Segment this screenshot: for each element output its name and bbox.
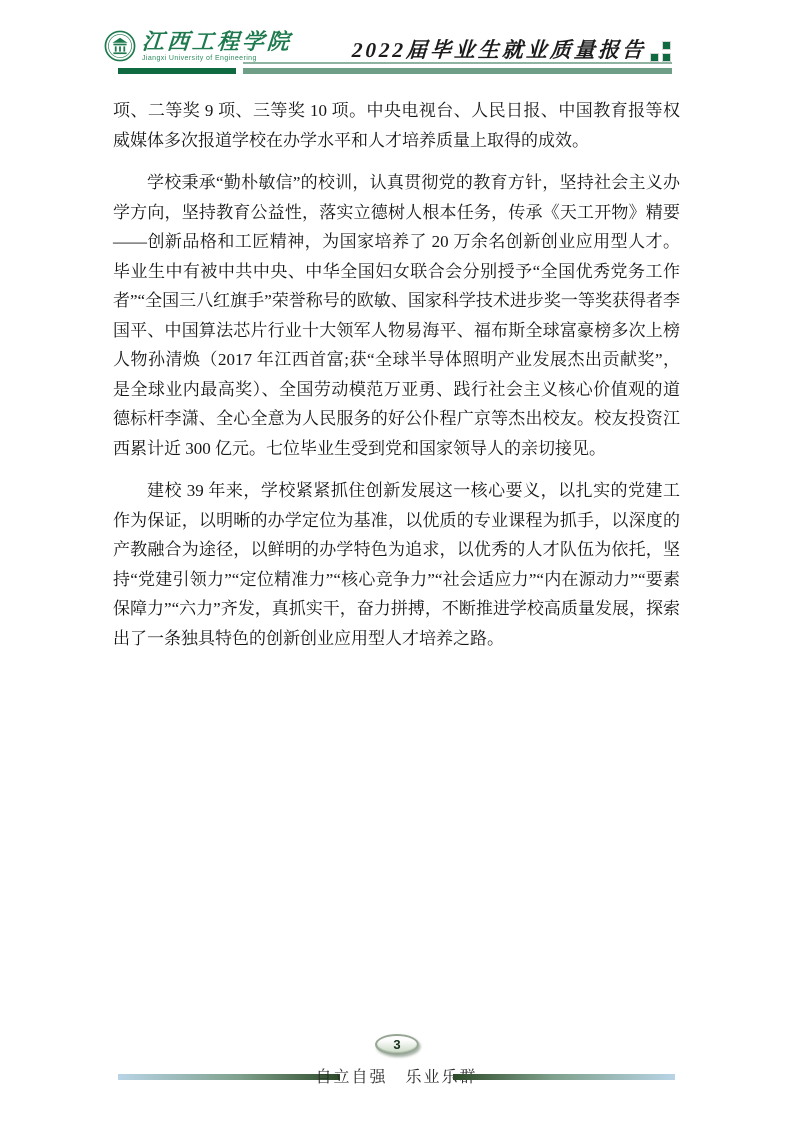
paragraph: 项、二等奖 9 项、三等奖 10 项。中央电视台、人民日报、中国教育报等权威媒体… (113, 96, 680, 155)
deco-square-icon (662, 53, 671, 62)
footer-rule-right (453, 1074, 675, 1080)
header-rule-dark-segment (118, 68, 236, 74)
university-logo: 江西工程学院 Jiangxi University of Engineering (104, 30, 292, 62)
page-number: 3 (393, 1038, 400, 1051)
paragraph: 建校 39 年来，学校紧紧抓住创新发展这一核心要义，以扎实的党建工作为保证，以明… (113, 476, 680, 653)
logo-text: 江西工程学院 Jiangxi University of Engineering (142, 30, 292, 62)
report-title: 2022届毕业生就业质量报告 (351, 34, 647, 64)
header-rule-sage-segment (243, 68, 672, 74)
paragraph: 学校秉承“勤朴敏信”的校训，认真贯彻党的教育方针，坚持社会主义办学方向，坚持教育… (113, 168, 680, 463)
university-name-zh: 江西工程学院 (141, 30, 293, 54)
deco-square-icon (662, 41, 671, 50)
report-page: 江西工程学院 Jiangxi University of Engineering… (0, 0, 793, 1122)
university-name-en: Jiangxi University of Engineering (142, 55, 292, 62)
university-seal-icon (104, 30, 136, 62)
page-number-badge: 3 (375, 1034, 419, 1055)
header-rule-thin (243, 62, 672, 64)
deco-square-icon (650, 53, 659, 62)
document-body: 项、二等奖 9 项、三等奖 10 项。中央电视台、人民日报、中国教育报等权威媒体… (113, 96, 680, 666)
